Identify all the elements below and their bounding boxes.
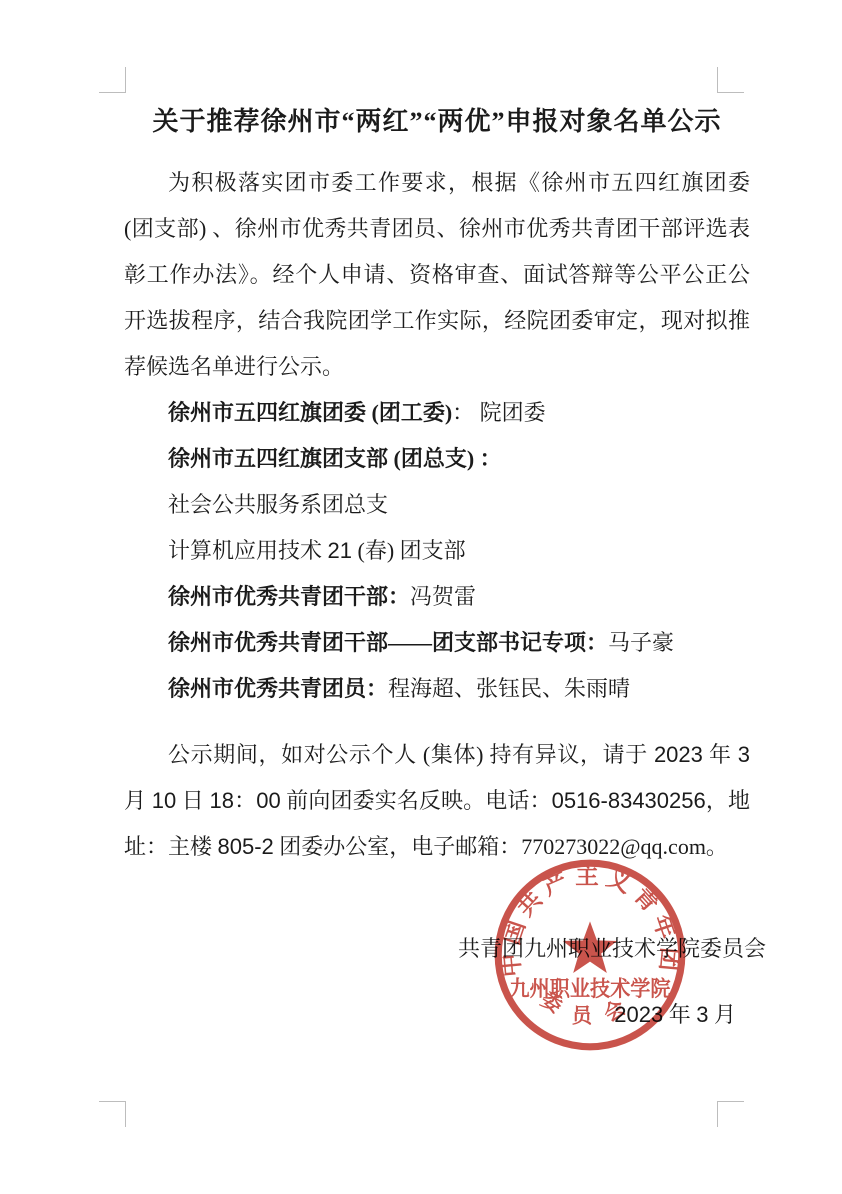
nomination-list: 徐州市五四红旗团委 (团工委)： 院团委 徐州市五四红旗团支部 (团总支) ： … xyxy=(124,390,750,712)
document-page: 关于推荐徐州市“两红”“两优”申报对象名单公示 为积极落实团市委工作要求，根据《… xyxy=(0,0,842,1194)
text-segment: 年 xyxy=(663,1002,696,1027)
text-segment: 日 xyxy=(176,788,209,813)
text-segment: 公示期间，如对公示个人 (集体) 持有异议，请于 xyxy=(168,742,654,767)
intro-paragraph: 为积极落实团市委工作要求，根据《徐州市五四红旗团委 (团支部) 、徐州市优秀共青… xyxy=(124,160,750,390)
text-segment: 0516-83430256 xyxy=(552,788,706,813)
list-item: 徐州市优秀共青团干部——团支部书记专项：马子豪 xyxy=(124,620,750,666)
text-segment: 计算机应用技术 xyxy=(168,538,328,563)
signature-line: 共青团九州职业技术学院委员会 xyxy=(124,926,766,972)
crop-mark-bottom-right xyxy=(717,1101,744,1127)
text-segment: 10 xyxy=(152,788,176,813)
crop-mark-top-left xyxy=(99,67,126,93)
list-item: 徐州市五四红旗团支部 (团总支) ： xyxy=(124,436,750,482)
text-segment: 徐州市优秀共青团干部——团支部书记专项： xyxy=(168,630,608,655)
text-segment: 冯贺雷 xyxy=(410,584,476,609)
notice-paragraph: 公示期间，如对公示个人 (集体) 持有异议，请于 2023 年 3 月 10 日… xyxy=(124,732,750,870)
text-segment: 徐州市优秀共青团干部： xyxy=(168,584,410,609)
text-segment: 社会公共服务系团总支 xyxy=(168,492,388,517)
text-segment: 徐州市优秀共青团员： xyxy=(168,676,388,701)
list-item: 社会公共服务系团总支 xyxy=(124,482,750,528)
crop-mark-bottom-left xyxy=(99,1101,126,1127)
crop-mark-top-right xyxy=(717,67,744,93)
text-segment: 前向团委实名反映。电话： xyxy=(281,788,552,813)
text-segment: 马子豪 xyxy=(608,630,674,655)
text-segment: 月 xyxy=(708,1002,736,1027)
text-segment: 年 xyxy=(703,742,738,767)
text-segment: 2023 xyxy=(614,1002,663,1027)
text-segment: 徐州市五四红旗团支部 (团总支) ： xyxy=(168,446,502,471)
date-line: 2023 年 3 月 xyxy=(124,992,736,1038)
text-segment: 3 xyxy=(738,742,750,767)
text-segment: 2023 xyxy=(654,742,703,767)
document-title: 关于推荐徐州市“两红”“两优”申报对象名单公示 xyxy=(124,92,750,146)
text-segment: 805-2 xyxy=(218,834,274,859)
text-segment: (春) 团支部 xyxy=(352,538,466,563)
text-segment: ： 院团委 xyxy=(452,400,546,425)
list-item: 徐州市五四红旗团委 (团工委)： 院团委 xyxy=(124,390,750,436)
text-segment: 徐州市五四红旗团委 (团工委) xyxy=(168,400,452,425)
document-body: 关于推荐徐州市“两红”“两优”申报对象名单公示 为积极落实团市委工作要求，根据《… xyxy=(124,92,750,1038)
list-item: 徐州市优秀共青团干部：冯贺雷 xyxy=(124,574,750,620)
text-segment: 月 xyxy=(124,788,152,813)
text-segment: 3 xyxy=(696,1002,708,1027)
text-segment: 程海超、张钰民、朱雨晴 xyxy=(388,676,630,701)
text-segment: 团委办公室，电子邮箱：770273022@qq.com。 xyxy=(274,834,728,859)
text-segment: 18：00 xyxy=(210,788,281,813)
list-item: 徐州市优秀共青团员：程海超、张钰民、朱雨晴 xyxy=(124,666,750,712)
text-segment: 21 xyxy=(328,538,352,563)
list-item: 计算机应用技术 21 (春) 团支部 xyxy=(124,528,750,574)
